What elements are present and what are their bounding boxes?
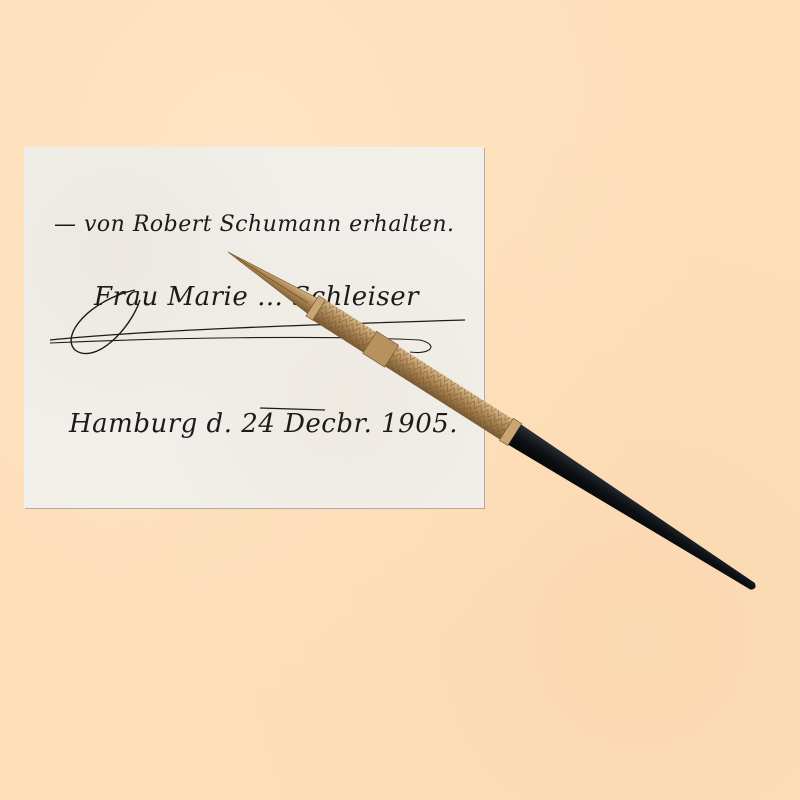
- handwriting-signature: Frau Marie … Schleiser: [94, 282, 419, 312]
- handwriting-date-line: Hamburg d. 24 Decbr. 1905.: [69, 409, 458, 439]
- handwritten-card: — von Robert Schumann erhalten. Frau Mar…: [24, 147, 484, 508]
- handwriting-line-1: — von Robert Schumann erhalten.: [54, 212, 455, 237]
